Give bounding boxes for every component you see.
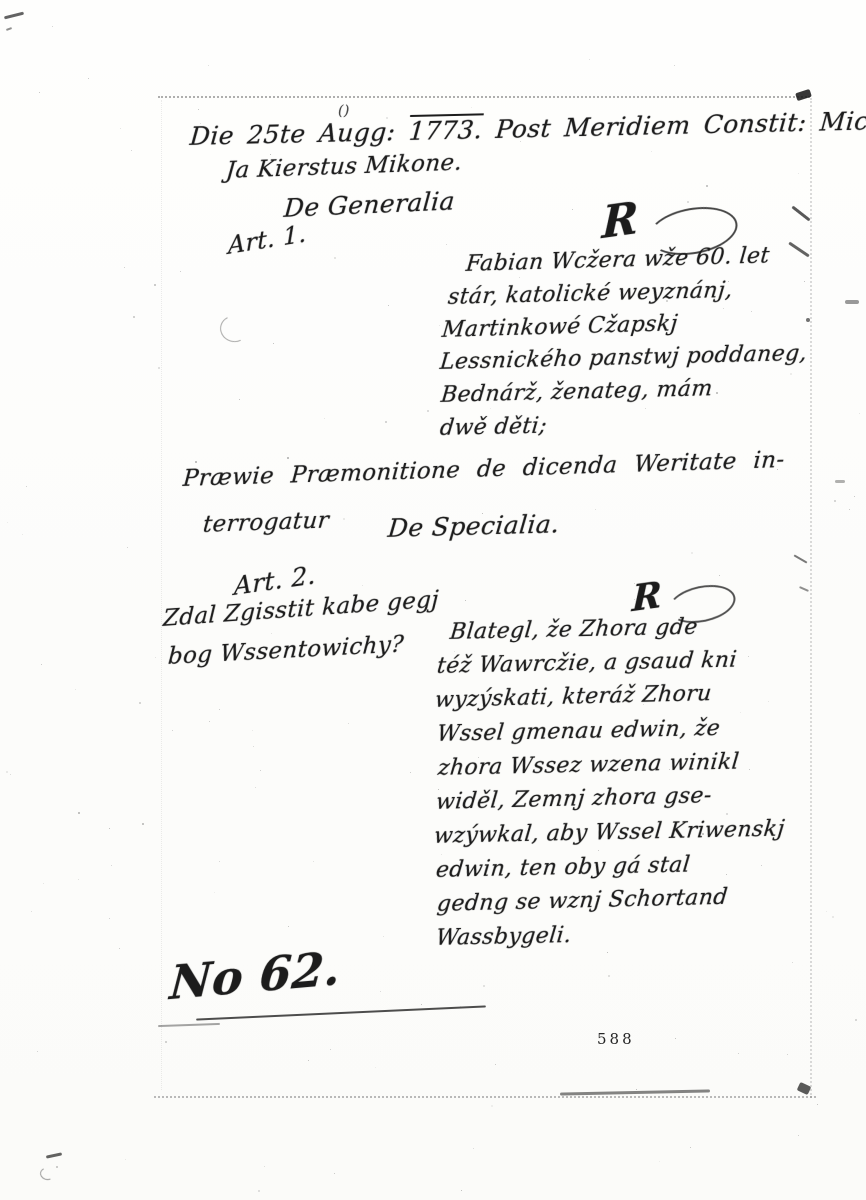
interrogation-formula-continuation: terrogatur bbox=[202, 508, 330, 538]
scan-speck bbox=[740, 712, 741, 713]
scan-speck bbox=[483, 985, 485, 987]
scan-speck bbox=[39, 92, 40, 93]
scan-speck bbox=[441, 854, 442, 855]
scan-speck bbox=[200, 123, 201, 124]
scan-speck bbox=[691, 552, 693, 554]
scan-speck bbox=[214, 892, 215, 893]
scan-speck bbox=[478, 757, 479, 758]
scan-speck bbox=[334, 257, 336, 259]
scan-speck bbox=[777, 469, 778, 470]
date-year: 1773. bbox=[408, 115, 484, 146]
scan-speck bbox=[726, 874, 727, 875]
scan-speck bbox=[859, 413, 860, 414]
scan-speck bbox=[751, 311, 752, 312]
case-number-underline bbox=[158, 1023, 220, 1027]
scan-speck bbox=[109, 828, 110, 829]
corner-mark bbox=[6, 27, 12, 31]
scan-speck bbox=[674, 65, 675, 66]
scan-speck bbox=[142, 823, 144, 825]
edge-smudge bbox=[845, 300, 859, 304]
scan-speck bbox=[56, 1166, 58, 1168]
answer-line: Wssel gmenau edwin, že bbox=[436, 716, 722, 747]
scan-speck bbox=[687, 201, 689, 203]
scan-speck bbox=[636, 1089, 637, 1090]
scan-speck bbox=[209, 721, 210, 722]
scan-speck bbox=[78, 879, 79, 880]
scan-speck bbox=[119, 948, 120, 949]
scan-speck bbox=[165, 1041, 167, 1043]
scan-speck bbox=[449, 900, 450, 901]
scan-speck bbox=[834, 500, 836, 502]
scan-speck bbox=[22, 534, 23, 535]
scan-speck bbox=[706, 185, 708, 187]
scan-speck bbox=[787, 1054, 788, 1055]
scan-speck bbox=[270, 154, 271, 155]
scan-speck bbox=[666, 300, 668, 302]
scan-speck bbox=[439, 325, 440, 326]
scan-speck bbox=[726, 813, 728, 815]
scan-speck bbox=[719, 575, 720, 576]
scan-speck bbox=[219, 709, 220, 710]
scan-speck bbox=[386, 117, 388, 119]
scan-speck bbox=[595, 509, 596, 510]
page-frame-left-border bbox=[161, 100, 162, 1090]
scan-speck bbox=[679, 253, 680, 254]
scan-speck bbox=[427, 410, 429, 412]
ink-smudge bbox=[560, 1089, 710, 1095]
edge-smudge bbox=[835, 480, 845, 483]
scan-speck bbox=[219, 861, 220, 862]
generalia-answer-line: Fabian Wcžera wže 60. let bbox=[465, 243, 771, 277]
paren-mark: () bbox=[338, 103, 350, 119]
scan-speck bbox=[607, 952, 608, 953]
scan-speck bbox=[589, 59, 590, 60]
stray-curl-mark bbox=[217, 312, 252, 345]
scan-speck bbox=[37, 1051, 38, 1052]
generalia-answer-line: Martinkowé Cžapskj bbox=[441, 311, 679, 343]
scan-speck bbox=[670, 890, 671, 891]
scan-speck bbox=[798, 1135, 799, 1136]
scan-speck bbox=[125, 1159, 126, 1160]
scan-speck bbox=[180, 271, 181, 272]
scan-speck bbox=[817, 1104, 818, 1105]
scan-speck bbox=[738, 1053, 739, 1054]
scan-speck bbox=[454, 651, 455, 652]
subject-line: Ja Kierstus Mikone. bbox=[225, 150, 464, 184]
scan-speck bbox=[792, 962, 793, 963]
scan-speck bbox=[482, 513, 483, 514]
scan-speck bbox=[673, 315, 674, 316]
scan-speck bbox=[495, 1064, 496, 1065]
scan-speck bbox=[659, 1161, 660, 1162]
scan-speck bbox=[31, 911, 32, 912]
scan-speck bbox=[514, 431, 515, 432]
scan-speck bbox=[155, 657, 156, 658]
scan-speck bbox=[375, 1067, 376, 1068]
scan-speck bbox=[463, 288, 464, 289]
scan-speck bbox=[790, 373, 792, 375]
scan-speck bbox=[608, 975, 610, 977]
scan-speck bbox=[519, 277, 520, 278]
generalia-answer-line: dwě děti; bbox=[439, 414, 548, 441]
scan-speck bbox=[271, 633, 272, 634]
specialia-heading: De Specialia. bbox=[387, 509, 561, 543]
generalia-answer-line: Bednárž, ženateg, mám bbox=[440, 376, 714, 408]
scan-speck bbox=[651, 151, 652, 152]
scan-speck bbox=[473, 1148, 474, 1149]
scan-speck bbox=[383, 936, 384, 937]
answer-line: Blategl, že Zhora gde bbox=[449, 615, 699, 645]
scan-speck bbox=[385, 421, 387, 423]
margin-ink-mark bbox=[799, 586, 809, 592]
scan-speck bbox=[362, 585, 363, 586]
scan-speck bbox=[127, 547, 128, 548]
scan-speck bbox=[728, 281, 729, 282]
question-line: Zdal Zgisstit kabe gegj bbox=[162, 587, 439, 632]
scan-speck bbox=[239, 399, 240, 400]
scan-speck bbox=[490, 408, 491, 409]
answer-line: gedng se wznj Schortand bbox=[436, 885, 729, 917]
scan-speck bbox=[26, 486, 27, 487]
answer-line: wzýwkal, aby Wssel Kriwenskj bbox=[433, 817, 786, 849]
generalia-heading: De Generalia bbox=[283, 186, 456, 223]
scan-speck bbox=[252, 730, 253, 731]
scan-speck bbox=[133, 316, 135, 318]
scan-speck bbox=[263, 141, 264, 142]
date-prefix: Die 25te Augg: bbox=[189, 117, 397, 151]
article-1-label: Art. 1. bbox=[228, 219, 307, 260]
answer-line: též Wawrcžie, a gsaud kni bbox=[436, 648, 738, 679]
page-frame-top-border bbox=[158, 96, 810, 98]
scan-speck bbox=[88, 78, 89, 79]
scan-speck bbox=[330, 1049, 331, 1050]
scan-speck bbox=[645, 408, 646, 409]
date-line: Die 25te Augg: 1773. Post Meridiem Const… bbox=[189, 106, 866, 151]
scan-speck bbox=[308, 1060, 309, 1061]
scan-speck bbox=[512, 287, 513, 288]
scan-speck bbox=[748, 656, 749, 657]
scan-speck bbox=[804, 281, 805, 282]
scan-speck bbox=[172, 730, 173, 731]
margin-ink-mark bbox=[806, 318, 810, 322]
generalia-answer-line: Lessnického panstwj poddaneg, bbox=[439, 341, 808, 375]
corner-mark bbox=[4, 12, 24, 20]
scan-speck bbox=[7, 522, 8, 523]
scan-speck bbox=[634, 599, 635, 600]
scan-speck bbox=[768, 701, 769, 702]
scan-speck bbox=[471, 107, 472, 108]
scan-speck bbox=[109, 918, 110, 919]
scan-speck bbox=[739, 832, 740, 833]
scan-speck bbox=[410, 772, 411, 773]
generalia-answer-line: stár, katolické weyznánj, bbox=[447, 278, 734, 310]
scan-speck bbox=[520, 141, 521, 142]
scan-speck bbox=[438, 789, 439, 790]
answer-line: widěl, Zemnj zhora gse- bbox=[435, 783, 713, 815]
scan-speck bbox=[832, 916, 834, 918]
scan-speck bbox=[139, 702, 141, 704]
scan-speck bbox=[260, 770, 261, 771]
scan-speck bbox=[598, 850, 599, 851]
scan-speck bbox=[388, 305, 389, 306]
margin-ink-mark bbox=[791, 206, 810, 222]
scan-speck bbox=[343, 518, 345, 520]
scan-speck bbox=[446, 244, 447, 245]
scan-speck bbox=[421, 1004, 422, 1005]
scan-speck bbox=[749, 769, 750, 770]
scan-speck bbox=[255, 787, 256, 788]
respondit-mark-1: R bbox=[601, 192, 639, 249]
answer-line: wyzýskati, kteráž Zhoru bbox=[434, 681, 713, 713]
corner-mark bbox=[38, 1166, 55, 1182]
scan-speck bbox=[287, 457, 289, 459]
answer-line: zhora Wssez wzena winikl bbox=[437, 750, 741, 781]
scan-speck bbox=[348, 723, 349, 724]
article-2-label: Art. 2. bbox=[234, 560, 316, 601]
scan-speck bbox=[669, 769, 670, 770]
answer-line: Wassbygeli. bbox=[435, 923, 573, 951]
scanned-document-page: () Die 25te Augg: 1773. Post Meridiem Co… bbox=[0, 0, 866, 1200]
scan-speck bbox=[6, 771, 8, 773]
scan-speck bbox=[264, 1166, 265, 1167]
scan-speck bbox=[702, 833, 704, 835]
page-frame-right-border bbox=[810, 98, 812, 1098]
scan-speck bbox=[253, 746, 254, 747]
page-number: 588 bbox=[597, 1030, 635, 1048]
scan-speck bbox=[313, 861, 314, 862]
scan-speck bbox=[491, 1105, 493, 1107]
respondit-mark-2: R bbox=[631, 573, 663, 620]
scan-speck bbox=[195, 461, 197, 463]
scan-speck bbox=[78, 812, 80, 814]
scan-speck bbox=[460, 1006, 461, 1007]
case-number-underline bbox=[196, 1005, 486, 1020]
scan-speck bbox=[41, 664, 42, 665]
scan-speck bbox=[634, 583, 635, 584]
scan-speck bbox=[111, 865, 112, 866]
scan-speck bbox=[380, 991, 381, 992]
scan-speck bbox=[854, 496, 855, 497]
scan-speck bbox=[572, 209, 573, 210]
scan-speck bbox=[675, 1038, 676, 1039]
interrogation-formula-line: Præwie Præmonitione de dicenda Weritate … bbox=[182, 447, 786, 492]
scan-speck bbox=[131, 150, 132, 151]
scan-speck bbox=[465, 600, 466, 601]
scan-speck bbox=[849, 509, 850, 510]
scan-speck bbox=[154, 284, 156, 286]
scan-speck bbox=[208, 65, 209, 66]
question-line: bog Wssentowichy? bbox=[167, 632, 405, 670]
margin-ink-mark bbox=[794, 554, 808, 563]
answer-line: edwin, ten oby gá stal bbox=[435, 853, 692, 883]
scan-speck bbox=[258, 1190, 260, 1192]
scan-speck bbox=[855, 1019, 857, 1021]
scan-speck bbox=[124, 267, 125, 268]
scan-speck bbox=[324, 418, 325, 419]
scan-speck bbox=[461, 1190, 462, 1191]
scan-speck bbox=[120, 128, 121, 129]
scan-speck bbox=[761, 865, 762, 866]
margin-ink-mark bbox=[788, 242, 810, 258]
scan-speck bbox=[273, 343, 274, 344]
scan-speck bbox=[723, 308, 724, 309]
scan-speck bbox=[10, 774, 11, 775]
scan-speck bbox=[372, 200, 373, 201]
scan-speck bbox=[158, 367, 160, 369]
scan-speck bbox=[334, 1173, 335, 1174]
scan-speck bbox=[716, 392, 718, 394]
scan-speck bbox=[826, 911, 827, 912]
scan-speck bbox=[43, 883, 44, 884]
corner-mark bbox=[46, 1152, 62, 1158]
scan-speck bbox=[52, 26, 53, 27]
page-frame-bottom-border bbox=[154, 1096, 816, 1098]
scan-speck bbox=[643, 704, 644, 705]
scan-speck bbox=[288, 926, 289, 927]
scan-speck bbox=[798, 173, 799, 174]
scan-speck bbox=[75, 689, 76, 690]
scan-speck bbox=[690, 1147, 691, 1148]
case-number: No 62. bbox=[168, 941, 342, 1010]
scan-speck bbox=[198, 109, 199, 110]
